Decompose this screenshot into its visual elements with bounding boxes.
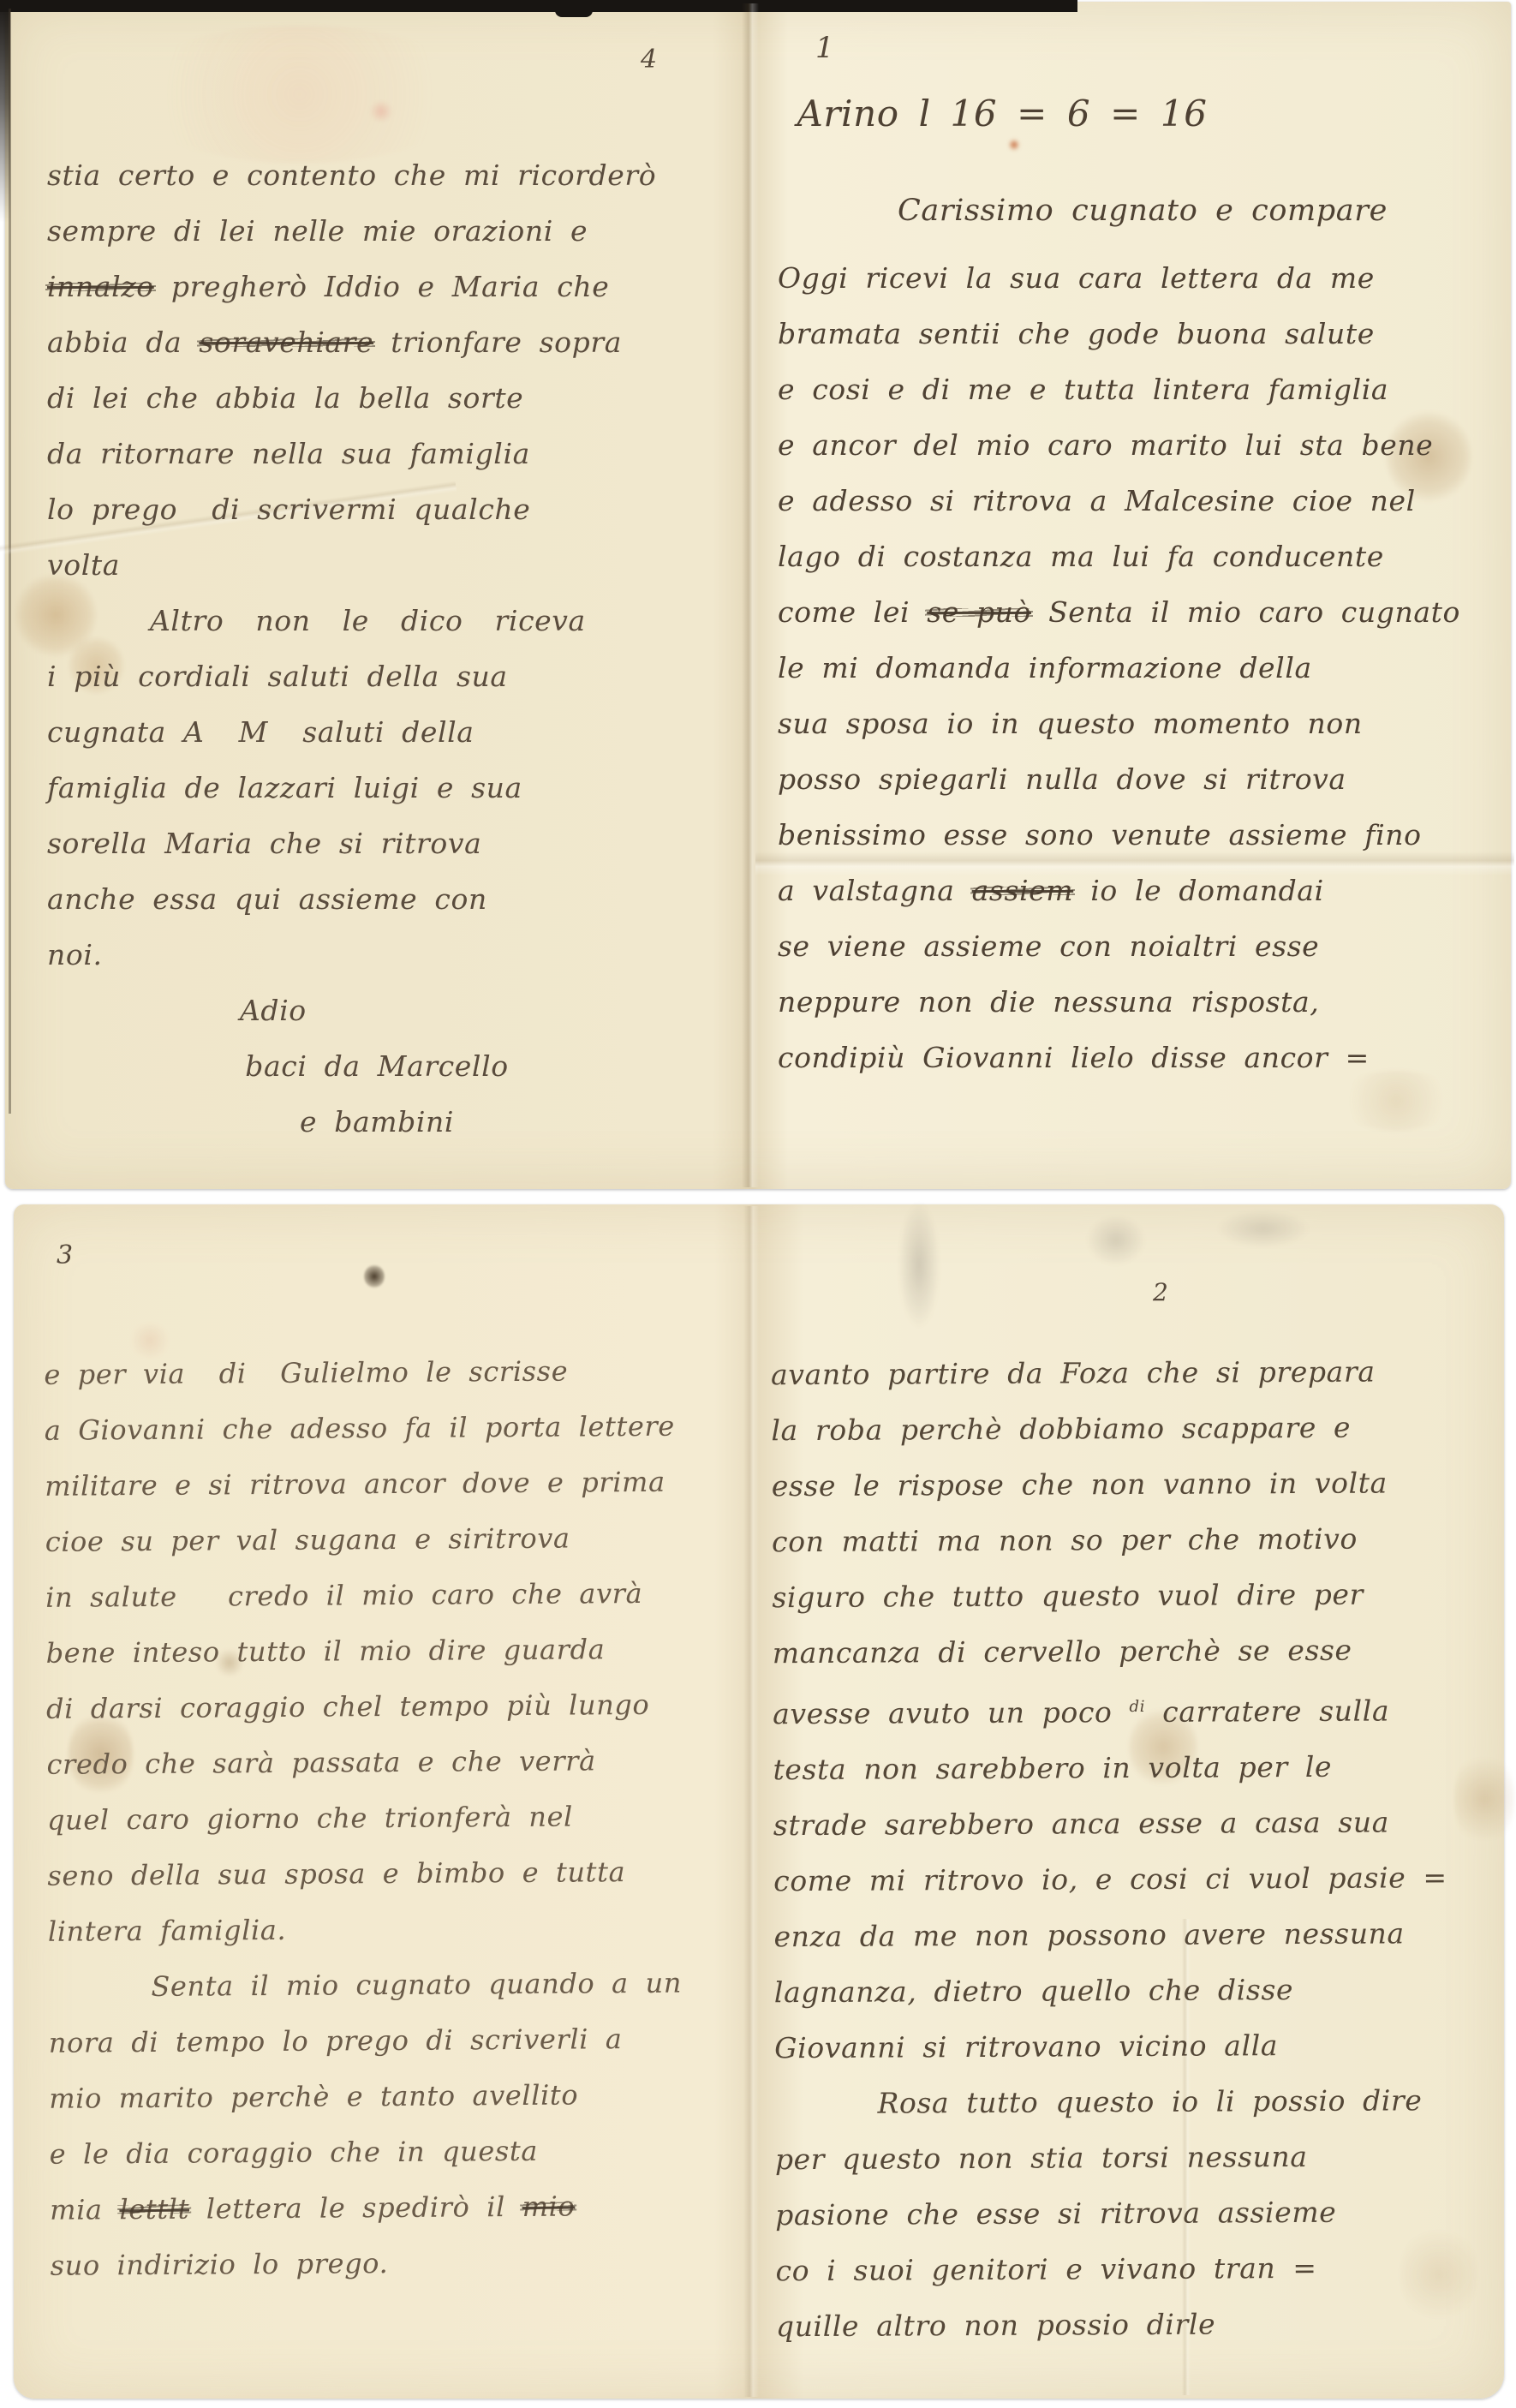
- handwritten-line: neppure non die nessuna risposta,: [778, 974, 1501, 1030]
- crossed-out-word: innalzo: [47, 270, 154, 303]
- crossed-out-word: mio: [522, 2190, 576, 2223]
- handwritten-line: e cosi e di me e tutta lintera famiglia: [778, 361, 1501, 417]
- crossed-out-word: soravehiare: [199, 326, 373, 359]
- handwritten-line: enza da me non possono avere nessuna: [773, 1905, 1501, 1964]
- page-2-text: avanto partire da Foza che si preparala …: [771, 1343, 1504, 2354]
- page-4-text: stia certo e contento che mi ricorderòse…: [47, 147, 707, 1150]
- handwritten-line: le mi domanda informazione della: [778, 640, 1501, 696]
- handwritten-line: quel caro giorno che trionferà nel: [47, 1788, 737, 1849]
- handwritten-line: sorella Maria che si ritrova: [47, 816, 707, 871]
- handwritten-line: a valstagna assiem io le domandai: [778, 863, 1501, 918]
- handwritten-line: Altro non le dico riceva: [47, 593, 707, 648]
- scanned-letter: 4 1 3 2 stia certo e contento che mi ric…: [0, 0, 1516, 2408]
- handwritten-line: di darsi coraggio chel tempo più lungo: [46, 1676, 736, 1737]
- fold-crease-top-sheet: [742, 3, 759, 1187]
- handwritten-line: co i suoi genitori e vivano tran =: [775, 2239, 1503, 2298]
- crossed-out-word: se può: [927, 595, 1031, 629]
- handwritten-line: abbia da soravehiare trionfare sopra: [47, 314, 707, 370]
- handwritten-line: come mi ritrovo io, e cosi ci vuol pasie…: [773, 1849, 1501, 1909]
- handwritten-line: quille altro non possio dirle: [776, 2295, 1504, 2354]
- crossed-out-word: lettlt: [119, 2193, 189, 2226]
- handwritten-line: suo indirizio lo prego.: [50, 2233, 739, 2294]
- handwritten-line: esse le rispose che non vanno in volta: [772, 1455, 1500, 1514]
- handwritten-line: cioe su per val sugana e siritrova: [45, 1509, 735, 1570]
- handwritten-line: da ritornare nella sua famiglia: [47, 426, 707, 481]
- paper-edge-line: [9, 9, 11, 1114]
- pencil-smudge: [1086, 1215, 1146, 1266]
- handwritten-line: stia certo e contento che mi ricorderò: [47, 147, 707, 203]
- handwritten-line: pasione che esse si ritrova assieme: [775, 2184, 1503, 2243]
- handwritten-line: sempre di lei nelle mie orazioni e: [47, 203, 707, 259]
- pencil-smudge: [898, 1201, 940, 1329]
- handwritten-line: strade sarebbero anca esse a casa sua: [773, 1794, 1501, 1853]
- handwritten-line: e per via di Gulielmo le scrisse: [44, 1342, 733, 1403]
- handwritten-line: lago di costanza ma lui fa conducente: [778, 529, 1501, 584]
- handwritten-line: a Giovanni che adesso fa il porta letter…: [45, 1398, 734, 1459]
- handwritten-line: Oggi ricevi la sua cara lettera da me: [778, 250, 1501, 306]
- handwritten-line: i più cordiali saluti della sua: [47, 648, 707, 704]
- handwritten-line: Rosa tutto questo io li possio dire: [774, 2072, 1502, 2131]
- handwritten-line: con matti ma non so per che motivo: [772, 1510, 1500, 1569]
- paper-stain: [120, 26, 480, 163]
- handwritten-line: lo prego di scrivermi qualche: [47, 481, 707, 537]
- handwritten-line: Adio: [47, 983, 707, 1038]
- handwritten-line: baci da Marcello: [47, 1038, 707, 1094]
- handwritten-line: noi.: [47, 927, 707, 983]
- handwritten-line: condipiù Giovanni lielo disse ancor =: [778, 1030, 1501, 1085]
- handwritten-line: lintera famiglia.: [48, 1899, 737, 1960]
- paper-stain: [1009, 139, 1019, 151]
- handwritten-line: siguro che tutto questo vuol dire per: [772, 1566, 1500, 1625]
- handwritten-line: Giovanni si ritrovano vicino alla: [774, 2017, 1502, 2076]
- handwritten-line: in salute credo il mio caro che avrà: [45, 1565, 735, 1626]
- salutation: Carissimo cugnato e compare: [898, 194, 1388, 228]
- handwritten-line: e le dia coraggio che in questa: [50, 2122, 739, 2183]
- page-3-text: e per via di Gulielmo le scrissea Giovan…: [44, 1342, 740, 2294]
- handwritten-line: e ancor del mio caro marito lui sta bene: [778, 417, 1501, 473]
- page-number-2: 2: [1153, 1278, 1168, 1306]
- fold-crease-bottom-sheet: [743, 1206, 759, 2397]
- handwritten-line: lagnanza, dietro quello che disse: [774, 1961, 1502, 2020]
- handwritten-line: avesse avuto un poco di carratere sulla: [773, 1677, 1501, 1742]
- handwritten-line: sua sposa io in questo momento non: [778, 696, 1501, 751]
- scanner-edge-bar: [0, 0, 1077, 12]
- handwritten-line: credo che sarà passata e che verrà: [46, 1732, 736, 1793]
- page-number-3: 3: [57, 1240, 73, 1270]
- handwritten-line: nora di tempo lo prego di scriverli a: [49, 2011, 738, 2071]
- handwritten-line: volta: [47, 537, 707, 593]
- handwritten-line: e adesso si ritrova a Malcesine cioe nel: [778, 473, 1501, 529]
- page-1-text: Oggi ricevi la sua cara lettera da mebra…: [778, 250, 1501, 1085]
- handwritten-line: bene inteso tutto il mio dire guarda: [45, 1621, 735, 1682]
- inserted-word-above-line: di: [1129, 1698, 1145, 1716]
- handwritten-line: mia lettlt lettera le spedirò il mio: [50, 2178, 739, 2238]
- page-number-1: 1: [815, 31, 834, 65]
- handwritten-line: benissimo esse sono venute assieme fino: [778, 807, 1501, 863]
- handwritten-line: mancanza di cervello perchè se esse: [773, 1622, 1501, 1681]
- handwritten-line: Senta il mio cugnato quando a un: [48, 1955, 737, 2016]
- handwritten-line: posso spiegarli nulla dove si ritrova: [778, 751, 1501, 807]
- handwritten-line: e bambini: [47, 1094, 707, 1150]
- handwritten-line: avanto partire da Foza che si prepara: [771, 1343, 1499, 1402]
- handwritten-line: cugnata A M saluti della: [47, 704, 707, 760]
- handwritten-line: se viene assieme con noialtri esse: [778, 918, 1501, 974]
- crossed-out-word: assiem: [972, 874, 1074, 907]
- handwritten-line: famiglia de lazzari luigi e sua: [47, 760, 707, 816]
- ink-blot: [364, 1264, 385, 1288]
- handwritten-line: di lei che abbia la bella sorte: [47, 370, 707, 426]
- paper-stain: [368, 101, 394, 122]
- handwritten-line: per questo non stia torsi nessuna: [775, 2128, 1503, 2187]
- handwritten-line: mio marito perchè e tanto avellito: [49, 2066, 738, 2127]
- handwritten-line: come lei se può Senta il mio caro cugnat…: [778, 584, 1501, 640]
- page-number-4: 4: [641, 45, 657, 75]
- handwritten-line: la roba perchè dobbiamo scappare e: [771, 1399, 1499, 1458]
- pencil-smudge: [1216, 1210, 1310, 1248]
- handwritten-line: anche essa qui assieme con: [47, 871, 707, 927]
- handwritten-line: bramata sentii che gode buona salute: [778, 306, 1501, 361]
- handwritten-line: innalzo pregherò Iddio e Maria che: [47, 259, 707, 314]
- handwritten-line: seno della sua sposa e bimbo e tutta: [47, 1843, 737, 1904]
- handwritten-line: testa non sarebbero in volta per le: [773, 1738, 1501, 1797]
- scanner-edge-nub: [555, 0, 593, 17]
- handwritten-line: militare e si ritrova ancor dove e prima: [45, 1454, 734, 1515]
- dateline: Arino l 16 = 6 = 16: [775, 93, 1229, 134]
